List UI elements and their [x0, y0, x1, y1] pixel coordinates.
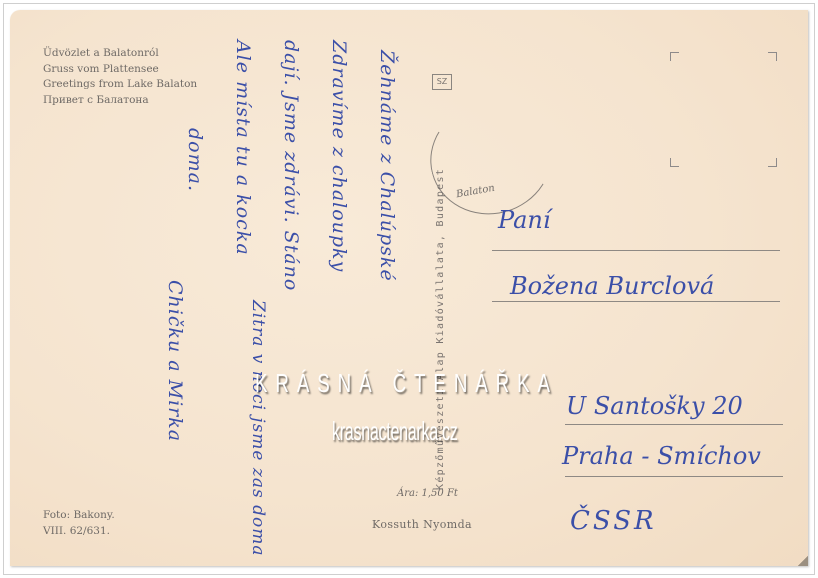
message-line: Ale místa tu a kocka	[232, 40, 254, 256]
message-line: dají. Jsme zdrávi. Stáno	[280, 40, 302, 291]
address-name: Božena Burclová	[510, 272, 714, 300]
greeting-hungarian: Üdvözlet a Balatonról	[43, 46, 197, 62]
catalog-number: VIII. 62/631.	[43, 523, 115, 539]
address-salutation: Paní	[498, 206, 551, 234]
address-line-3	[565, 424, 783, 425]
watermark-url: krasnactenarka.cz	[332, 416, 458, 447]
message-line: Zdravíme z chaloupky	[328, 40, 350, 272]
address-line-2	[492, 301, 780, 302]
printed-greetings: Üdvözlet a Balatonról Gruss vom Plattens…	[43, 46, 197, 108]
publisher-logo-icon: SZ	[432, 74, 452, 90]
photo-credit: Foto: Bakony.	[43, 507, 115, 523]
greeting-russian: Привет с Балатона	[43, 93, 197, 109]
greeting-english: Greetings from Lake Balaton	[43, 77, 197, 93]
watermark-title: KRÁSNÁ ČTENÁŘKA	[255, 368, 558, 399]
greeting-german: Gruss vom Plattensee	[43, 62, 197, 78]
price: Ára: 1,50 Ft	[397, 486, 458, 502]
stamp-corner-br-icon	[768, 158, 777, 167]
address-country: ČSSR	[570, 506, 657, 536]
message-line: Zitra v noci jsme zas doma	[248, 300, 268, 556]
stamp-corner-bl-icon	[670, 158, 679, 167]
message-line: doma.	[184, 128, 206, 192]
photo-credit-block: Foto: Bakony. VIII. 62/631.	[43, 507, 115, 539]
stamp-corner-tr-icon	[768, 52, 777, 61]
address-line-1	[492, 250, 780, 251]
postcard-back: Üdvözlet a Balatonról Gruss vom Plattens…	[10, 10, 808, 566]
printer-name: Kossuth Nyomda	[372, 517, 472, 533]
address-city: Praha - Smíchov	[562, 442, 761, 470]
message-line: Žehnáme z Chalúpské	[376, 50, 398, 282]
stamp-corner-tl-icon	[670, 52, 679, 61]
address-street: U Santošky 20	[566, 392, 743, 420]
message-line: Chičku a Mirka	[164, 280, 186, 442]
address-line-4	[565, 476, 783, 477]
